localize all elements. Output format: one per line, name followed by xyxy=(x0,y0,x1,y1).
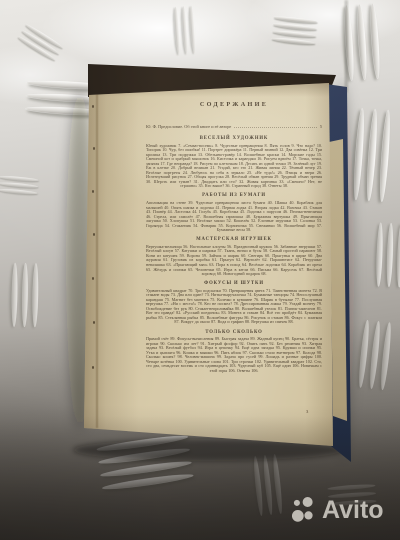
section-entries: Удивительный квадрат 70. Три подсказки 7… xyxy=(146,289,322,325)
section-heading: ТОЛЬКО СКОЛЬКО xyxy=(146,330,322,335)
stitch-hole xyxy=(92,277,95,280)
stitch-hole xyxy=(92,190,95,193)
avito-logo-icon xyxy=(292,496,317,525)
section-entries: Вертушка-мельница 56. Настольные клоуны … xyxy=(146,245,322,277)
photo-scene: СОДЕРЖАНИЕ Ю. Ф. Предисловие. Об этой кн… xyxy=(0,0,400,540)
stitch-hole xyxy=(93,321,96,324)
section-heading: ФОКУСЫ И ШУТКИ xyxy=(146,281,322,286)
preface-entry: Ю. Ф. Предисловие. Об этой книге и её ав… xyxy=(146,124,322,129)
dot-leader xyxy=(234,127,317,128)
avito-watermark: Avito xyxy=(292,496,384,525)
table-of-contents: СОДЕРЖАНИЕ Ю. Ф. Предисловие. Об этой кн… xyxy=(146,98,322,373)
book-page: СОДЕРЖАНИЕ Ю. Ф. Предисловие. Об этой кн… xyxy=(84,83,333,446)
stitch-hole xyxy=(93,233,96,236)
stitch-hole xyxy=(93,147,96,150)
stitch-hole xyxy=(92,105,95,108)
section-heading: ВЕСЕЛЫЙ ХУДОЖНИК xyxy=(146,136,322,141)
avito-wordmark: Avito xyxy=(322,498,384,523)
section-entries: Юный художник 7. «Семью-восемь» 8. Чудес… xyxy=(146,144,322,189)
binding-crease xyxy=(96,93,98,428)
preface-page: 5 xyxy=(320,124,322,129)
stitch-hole xyxy=(92,366,95,369)
page-number: 3 xyxy=(306,409,308,414)
section-heading: РАБОТЫ ИЗ БУМАГИ xyxy=(146,193,322,198)
section-entries: Аппликация на стене 39. Чудесные превращ… xyxy=(146,201,322,233)
section-heading: МАСТЕРСКАЯ ИГРУШЕК xyxy=(146,237,322,242)
preface-text: Ю. Ф. Предисловие. Об этой книге и её ав… xyxy=(146,124,231,129)
toc-title: СОДЕРЖАНИЕ xyxy=(146,101,322,108)
section-entries: Прямой счёт 89. Фокусы-вычисления 89. Бы… xyxy=(146,337,322,373)
